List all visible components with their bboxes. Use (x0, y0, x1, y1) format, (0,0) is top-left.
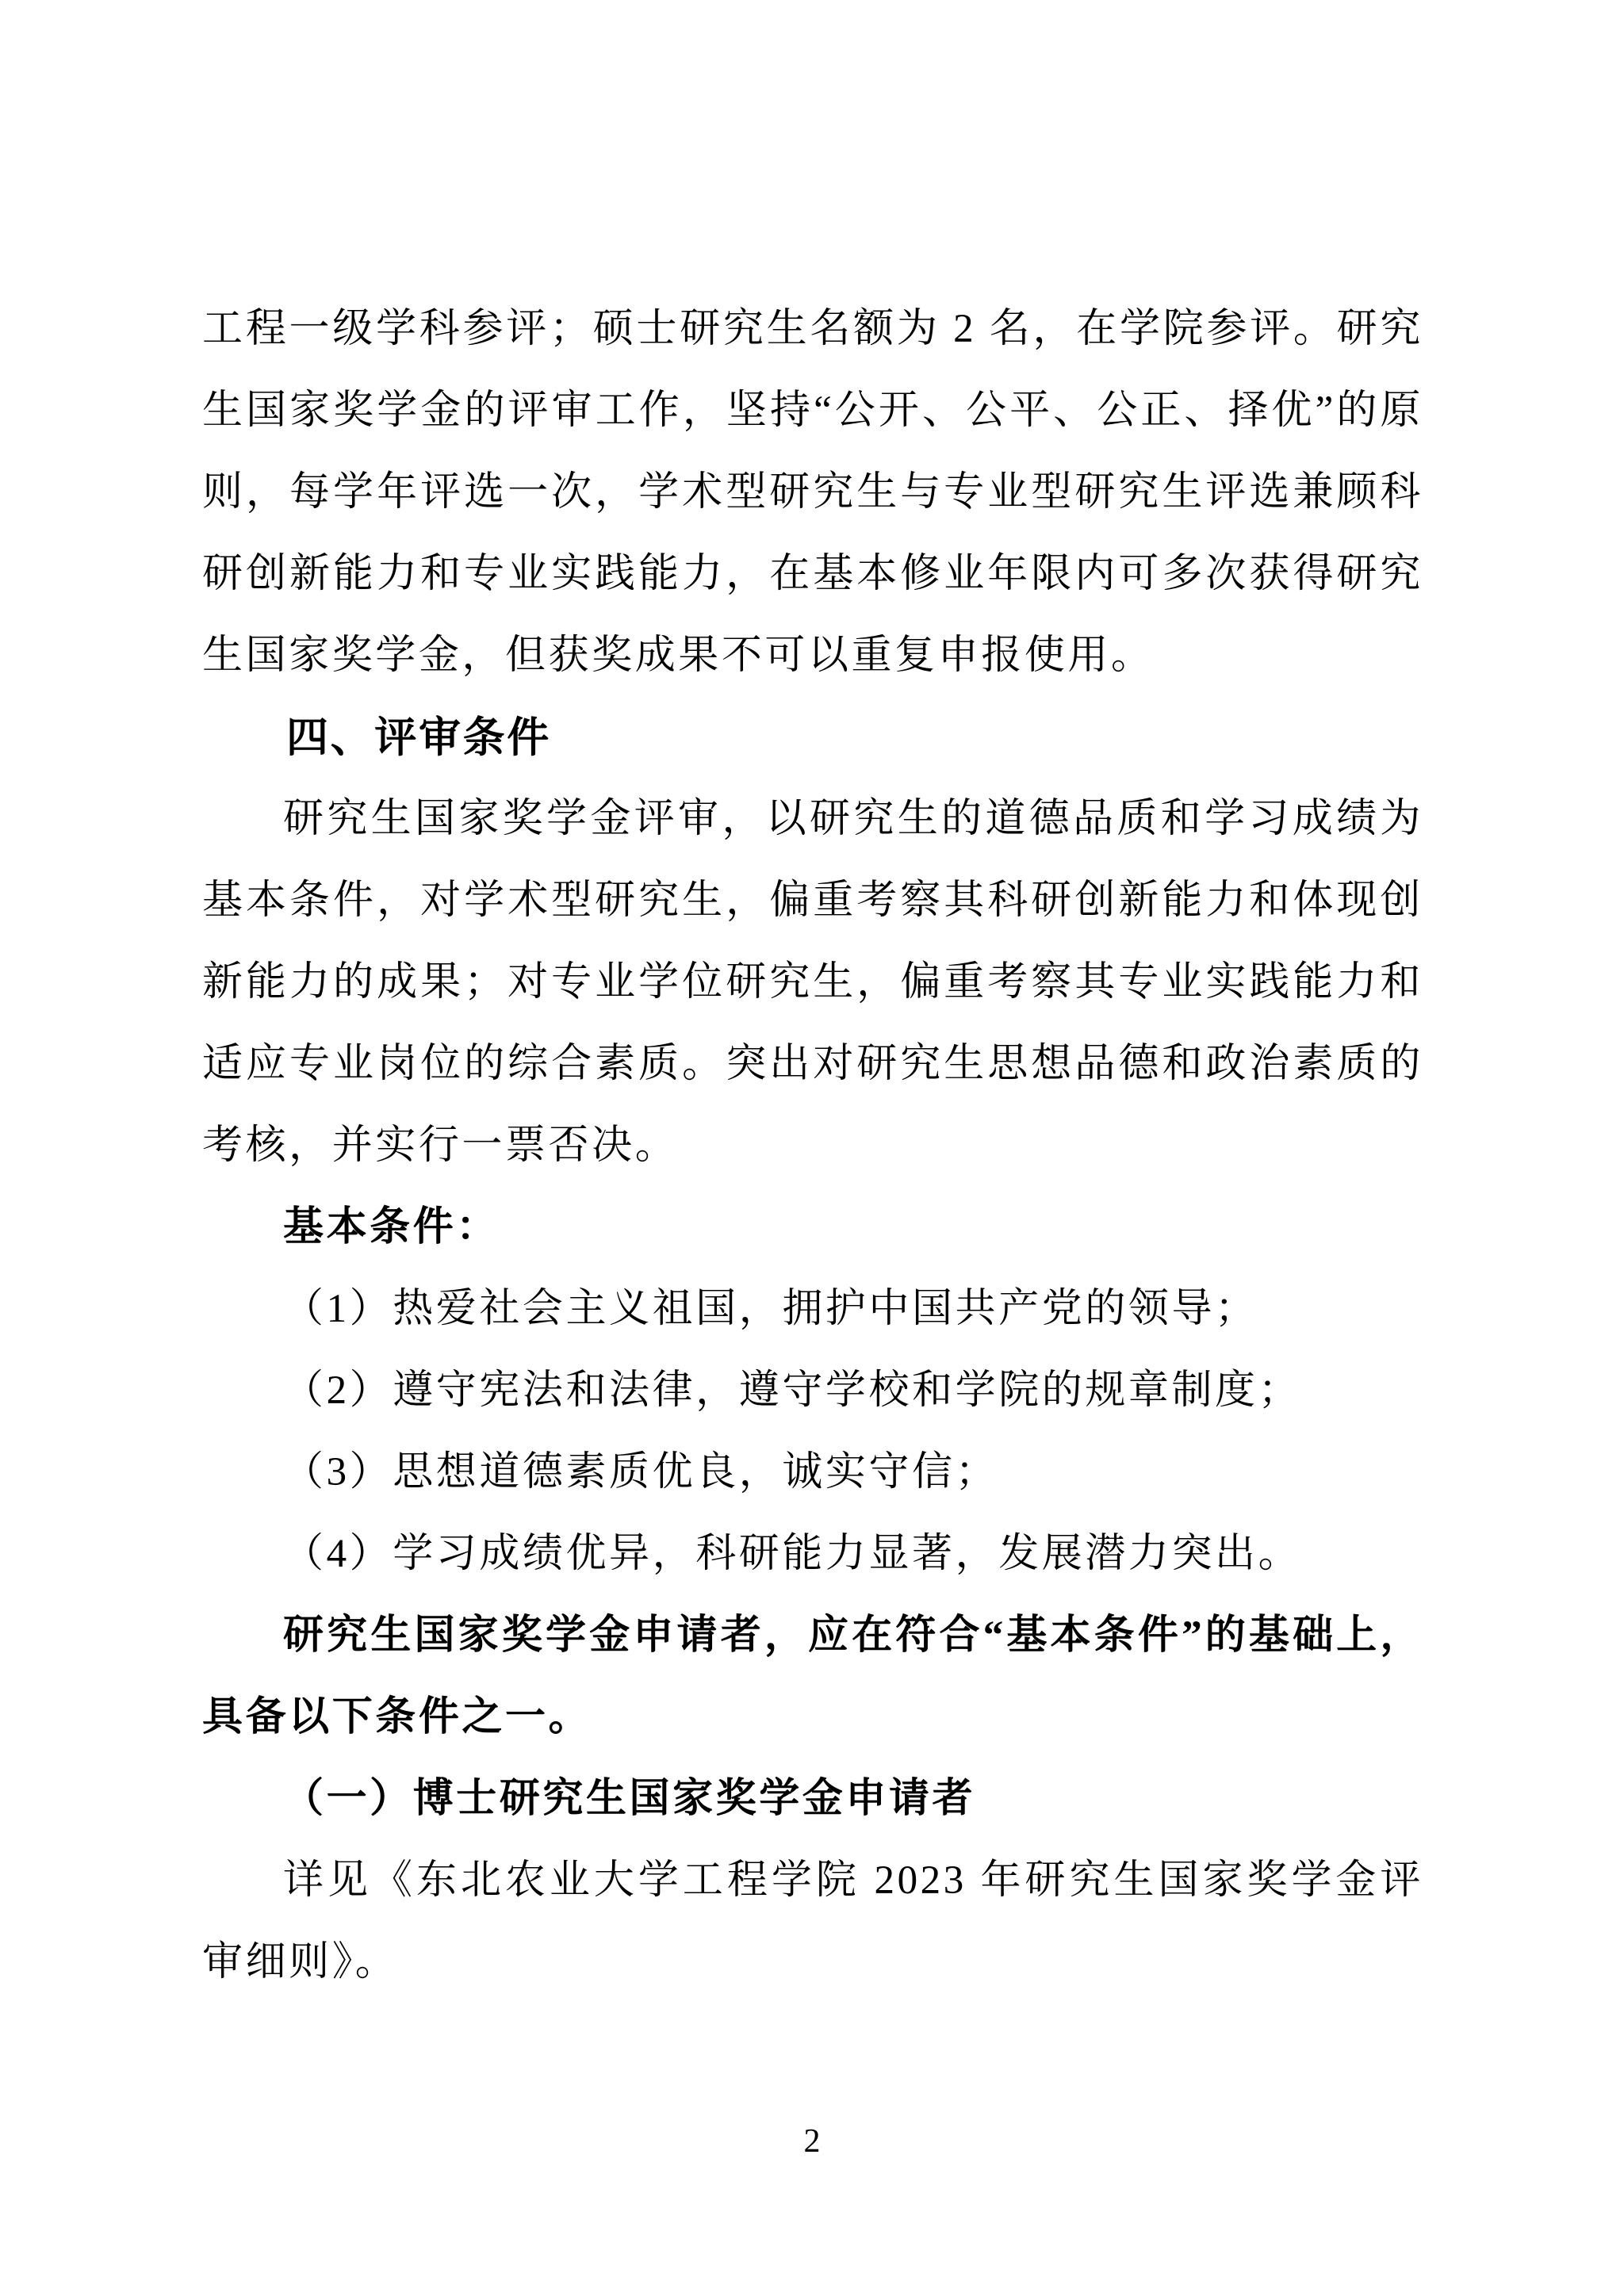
page-number: 2 (804, 2123, 821, 2160)
basic-condition-item-1: （1）热爱社会主义祖国，拥护中国共产党的领导； (202, 1269, 1423, 1350)
basic-condition-item-3: （3）思想道德素质优良，诚实守信； (202, 1432, 1423, 1513)
subsection-heading-doctoral-applicants: （一）博士研究生国家奖学金申请者 (202, 1758, 1423, 1840)
paragraph-scholarship-review-continuation: 工程一级学科参评；硕士研究生名额为 2 名，在学院参评。研究生国家奖学金的评审工… (202, 289, 1423, 697)
document-page: 工程一级学科参评；硕士研究生名额为 2 名，在学院参评。研究生国家奖学金的评审工… (0, 0, 1624, 2296)
basic-condition-item-4: （4）学习成绩优异，科研能力显著，发展潜力突出。 (202, 1513, 1423, 1595)
paragraph-applicant-requirement: 研究生国家奖学金申请者，应在符合“基本条件”的基础上，具备以下条件之一。 (202, 1595, 1423, 1758)
paragraph-see-detailed-rules: 详见《东北农业大学工程学院 2023 年研究生国家奖学金评审细则》。 (202, 1840, 1423, 2003)
paragraph-review-basis: 研究生国家奖学金评审，以研究生的道德品质和学习成绩为基本条件，对学术型研究生，偏… (202, 779, 1423, 1187)
page-footer: 2 (0, 2122, 1624, 2161)
document-body: 工程一级学科参评；硕士研究生名额为 2 名，在学院参评。研究生国家奖学金的评审工… (202, 289, 1423, 2003)
subheading-basic-conditions: 基本条件： (202, 1187, 1423, 1269)
section-heading-review-conditions: 四、评审条件 (202, 697, 1423, 779)
basic-condition-item-2: （2）遵守宪法和法律，遵守学校和学院的规章制度； (202, 1350, 1423, 1432)
